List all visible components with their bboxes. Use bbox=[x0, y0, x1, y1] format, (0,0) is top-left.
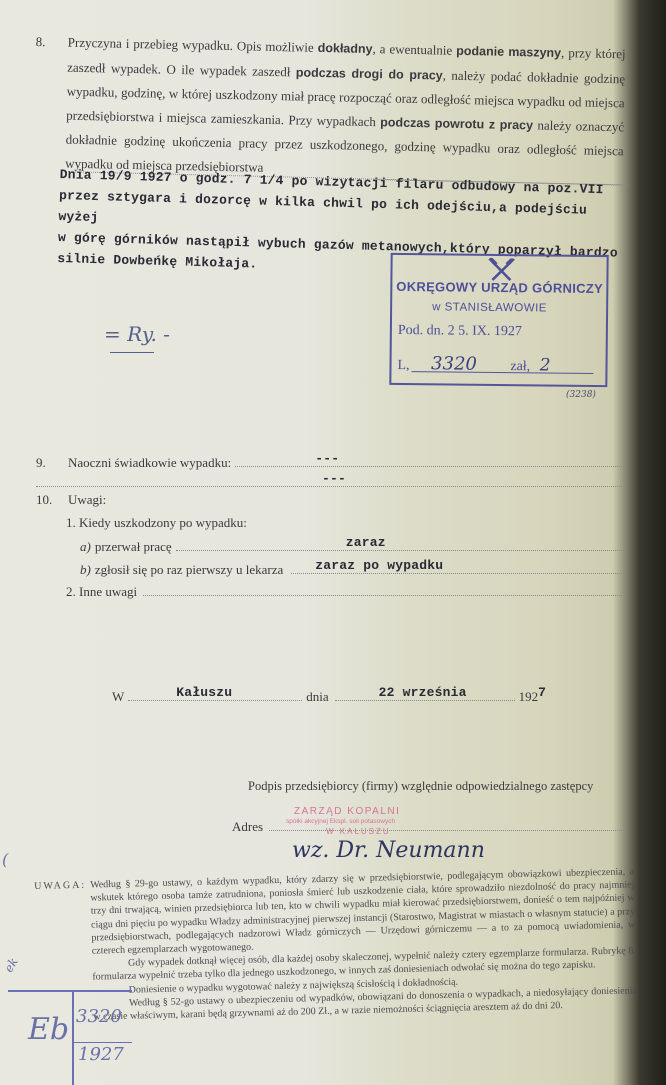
question-1a-row: a) przerwał pracę zaraz bbox=[80, 538, 626, 555]
archive-year: 1927 bbox=[78, 1044, 124, 1065]
place-field: Kałuszu bbox=[128, 688, 302, 701]
question-1b-label: zgłosił się po raz pierwszy u lekarza bbox=[95, 562, 283, 578]
question-2-row: 2. Inne uwagi bbox=[66, 583, 626, 600]
question-1a-prefix: a) bbox=[80, 539, 91, 555]
day-label: dnia bbox=[306, 689, 328, 705]
archive-number: 3320 bbox=[76, 1006, 122, 1027]
signature-label: Podpis przedsiębiorcy (firmy) względnie … bbox=[248, 779, 593, 794]
question-2-label: 2. Inne uwagi bbox=[66, 584, 137, 600]
address-field bbox=[269, 818, 624, 831]
section-number: 9. bbox=[36, 455, 56, 471]
place-date-row: W Kałuszu dnia 22 września 192 7 bbox=[112, 688, 572, 705]
prompt-emphasis: podanie maszyny bbox=[456, 44, 561, 60]
received-label: Pod. dn. bbox=[398, 323, 444, 338]
question-1a-label: przerwał pracę bbox=[95, 539, 172, 555]
margin-note: ek bbox=[2, 955, 21, 974]
witnesses-field-2: --- bbox=[36, 474, 626, 487]
archive-mark: Eb bbox=[28, 1012, 69, 1047]
witnesses-label: Naoczni świadkowie wypadku: bbox=[68, 455, 231, 471]
address-label: Adres bbox=[232, 819, 263, 835]
handwritten-signature: wz. Dr. Neumann bbox=[292, 838, 485, 863]
box-divider bbox=[72, 992, 74, 1085]
question-1b-value: zaraz po wypadku bbox=[315, 558, 443, 573]
day-value: 22 września bbox=[379, 685, 467, 700]
question-1a-value: zaraz bbox=[346, 535, 386, 550]
margin-mark: ( bbox=[2, 850, 8, 869]
address-row: Adres bbox=[232, 818, 624, 835]
notice-label: UWAGA: bbox=[34, 879, 86, 893]
question-1-label: 1. Kiedy uszkodzony po wypadku: bbox=[66, 515, 247, 531]
notice-paragraph: Według § 29-go ustawy, o każdym wypadku,… bbox=[90, 865, 636, 957]
witnesses-value: --- bbox=[322, 471, 346, 486]
question-2-field bbox=[143, 583, 626, 596]
note-underline bbox=[110, 352, 154, 353]
number-label: L, bbox=[397, 358, 409, 373]
question-1b-field: zaraz po wypadku bbox=[291, 561, 626, 574]
crossed-hammers-icon bbox=[486, 258, 516, 282]
place-label: W bbox=[112, 689, 124, 705]
prompt-text: Przyczyna i przebieg wypadku. Opis możli… bbox=[68, 35, 318, 55]
archive-registration-box: Eb 3320 1927 bbox=[8, 990, 132, 1085]
pink-stamp-line-1: ZARZĄD KOPALNI bbox=[294, 806, 400, 817]
received-date: 2 5. IX. 1927 bbox=[448, 323, 522, 339]
day-field: 22 września bbox=[335, 688, 515, 701]
stamp-office-city: w STANISŁAWOWIE bbox=[432, 301, 547, 314]
mining-office-stamp: OKRĘGOWY URZĄD GÓRNICZY w STANISŁAWOWIE … bbox=[389, 253, 608, 387]
section-number: 8. bbox=[36, 30, 46, 54]
section-8-prompt: Przyczyna i przebieg wypadku. Opis możli… bbox=[65, 31, 626, 187]
section-9-continuation: --- bbox=[36, 474, 626, 487]
question-1b-prefix: b) bbox=[80, 562, 91, 578]
prompt-text: , a ewentualnie bbox=[372, 41, 456, 58]
prompt-emphasis: podczas drogi do pracy bbox=[296, 65, 443, 82]
stamp-received-date: Pod. dn. 2 5. IX. 1927 bbox=[398, 323, 522, 340]
accident-report-page: 8. Przyczyna i przebieg wypadku. Opis mo… bbox=[0, 0, 640, 1085]
stamp-extra-note: (3238) bbox=[566, 390, 596, 400]
section-10-remarks: 10. Uwagi: bbox=[36, 492, 106, 508]
year-prefix: 192 bbox=[519, 689, 539, 705]
place-value: Kałuszu bbox=[176, 685, 232, 700]
section-8-cause-of-accident: 8. Przyczyna i przebieg wypadku. Opis mo… bbox=[33, 30, 626, 185]
witnesses-field-1: --- bbox=[235, 454, 626, 467]
section-9-witnesses: 9. Naoczni świadkowie wypadku: --- bbox=[36, 454, 626, 471]
box-divider bbox=[72, 1042, 132, 1043]
prompt-emphasis: dokładny bbox=[318, 41, 373, 56]
question-1a-field: zaraz bbox=[176, 538, 626, 551]
stamp-office-name: OKRĘGOWY URZĄD GÓRNICZY bbox=[396, 279, 603, 296]
stamp-number-row: L, 3320 zał, 2 bbox=[397, 353, 597, 376]
handwritten-note: = Ry. - bbox=[104, 322, 170, 346]
year-suffix: 7 bbox=[538, 685, 546, 700]
prompt-emphasis: podczas powrotu z pracy bbox=[380, 115, 533, 132]
witnesses-value: --- bbox=[315, 451, 339, 466]
remarks-label: Uwagi: bbox=[68, 492, 106, 508]
section-number: 10. bbox=[36, 492, 64, 508]
question-1b-row: b) zgłosił się po raz pierwszy u lekarza… bbox=[80, 561, 626, 578]
